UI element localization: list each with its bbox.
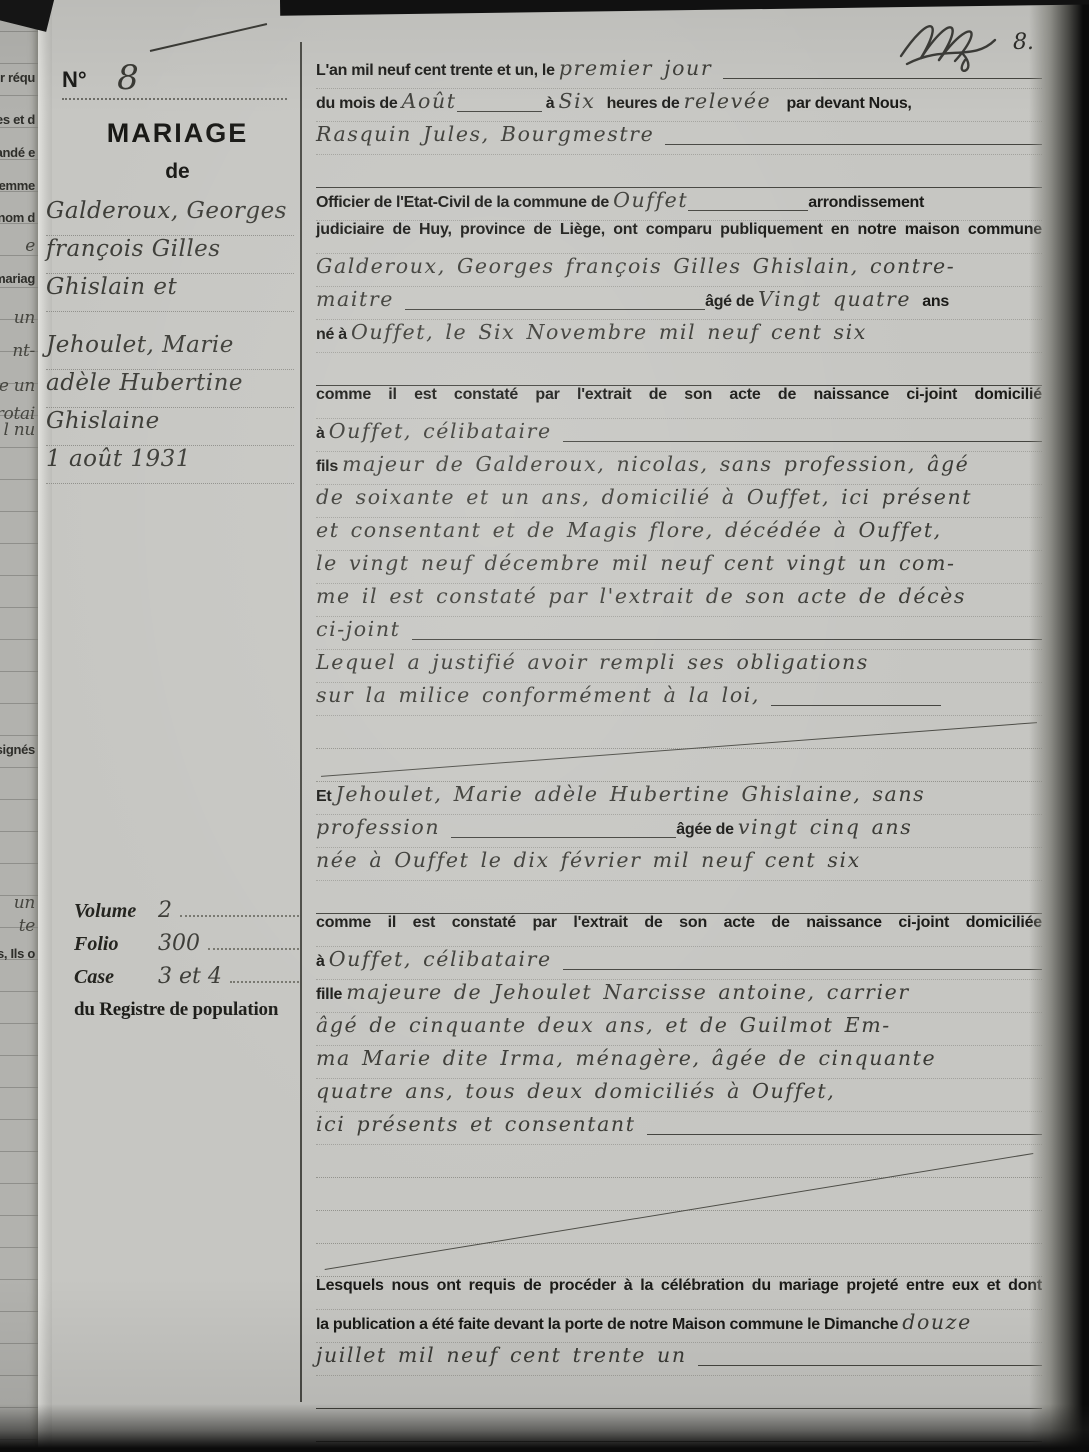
handwritten-text: ci-joint	[316, 617, 412, 641]
printed-text: âgée de	[676, 821, 738, 839]
register-row-value: 3 et 4	[158, 964, 222, 989]
printed-text: comme il est constaté par l'extrait de s…	[316, 914, 1042, 932]
register-row-label: Folio	[74, 933, 158, 956]
margin-handwritten-line: 1 août 1931	[46, 446, 294, 484]
ruled-blank-line	[316, 353, 1042, 386]
printed-text: âgé de	[705, 293, 758, 311]
margin-handwritten-line: françois Gilles	[46, 236, 294, 274]
body-line: à Ouffet, célibataire	[316, 419, 1042, 452]
body-line: L'an mil neuf cent trente et un, le prem…	[316, 56, 1042, 89]
population-register-reference: Volume2Folio300Case3 et 4 du Registre de…	[74, 898, 299, 1021]
register-row-label: Volume	[74, 900, 158, 923]
previous-page-text-fragment: mariag	[0, 271, 35, 286]
body-line: ici présents et consentant	[316, 1112, 1042, 1145]
previous-page-text-fragment: nt-	[12, 341, 35, 361]
previous-page-text-fragment: ésignés	[0, 742, 35, 757]
register-row: Case3 et 4	[74, 964, 299, 997]
previous-page-text-fragment: es et d	[0, 112, 35, 127]
margin-groom-name: Galderoux, Georgesfrançois GillesGhislai…	[46, 198, 294, 312]
handwritten-text: Galderoux, Georges françois Gilles Ghisl…	[316, 254, 955, 278]
dotted-blank-line	[316, 1145, 1042, 1178]
body-line: Et Jehoulet, Marie adèle Hubertine Ghisl…	[316, 782, 1042, 815]
handwritten-text: Six	[559, 89, 607, 113]
body-line: ma Marie dite Irma, ménagère, âgée de ci…	[316, 1046, 1042, 1079]
handwritten-text: Jehoulet, Marie adèle Hubertine Ghislain…	[336, 782, 926, 806]
printed-text: né à	[316, 326, 351, 344]
body-line: Lesquels nous ont requis de procéder à l…	[316, 1277, 1042, 1310]
fill-in-line	[405, 309, 705, 310]
printed-text: Et	[316, 788, 336, 806]
struck-blank-lines	[316, 716, 1042, 782]
body-line: la publication a été faite devant la por…	[316, 1310, 1042, 1343]
previous-page-text-fragment: demme	[0, 178, 35, 193]
margin-handwritten-line: adèle Hubertine	[46, 370, 294, 408]
printed-text: L'an mil neuf cent trente et un, le	[316, 62, 559, 80]
act-number: N° 8	[62, 56, 287, 100]
printed-text: fils	[316, 458, 342, 476]
dotted-fill	[208, 948, 299, 950]
margin-handwritten-line: Jehoulet, Marie	[46, 332, 294, 370]
act-body: L'an mil neuf cent trente et un, le prem…	[316, 56, 1042, 1442]
previous-page-edge: ur réques et dandé edemmenom demariagunn…	[0, 0, 38, 1452]
register-row-value: 300	[158, 931, 200, 956]
body-line: comme il est constaté par l'extrait de s…	[316, 914, 1042, 947]
page-bottom-edge	[0, 1404, 1089, 1452]
handwritten-text: le vingt neuf décembre mil neuf cent vin…	[316, 551, 956, 575]
fill-in-line	[451, 837, 676, 838]
body-line: né à Ouffet, le Six Novembre mil neuf ce…	[316, 320, 1042, 353]
printed-text: arrondissement	[808, 194, 924, 212]
handwritten-text: de soixante et un ans, domicilié à Ouffe…	[316, 485, 972, 509]
handwritten-text: juillet mil neuf cent trente un	[316, 1343, 698, 1367]
register-row-label: Case	[74, 966, 158, 989]
body-line: née à Ouffet le dix février mil neuf cen…	[316, 848, 1042, 881]
handwritten-text: maitre	[316, 287, 405, 311]
body-line: profession âgée de vingt cinq ans	[316, 815, 1042, 848]
page-subtitle: de	[100, 160, 255, 184]
handwritten-text: Ouffet, célibataire	[329, 947, 563, 971]
previous-page-text-fragment: nom d	[0, 210, 35, 225]
fill-in-line	[412, 639, 1042, 640]
dotted-blank-line	[316, 1244, 1042, 1277]
printed-text: à	[316, 953, 329, 971]
body-line: Galderoux, Georges françois Gilles Ghisl…	[316, 254, 1042, 287]
fill-in-line	[647, 1134, 1042, 1135]
fill-in-line	[688, 210, 808, 211]
previous-page-text-fragment: e un	[0, 376, 35, 396]
body-line: Lequel a justifié avoir rempli ses oblig…	[316, 650, 1042, 683]
handwritten-text: premier jour	[559, 56, 724, 80]
fill-in-line	[771, 705, 941, 706]
handwritten-text: Lequel a justifié avoir rempli ses oblig…	[316, 650, 869, 674]
printed-text: Officier de l'Etat-Civil de la commune d…	[316, 194, 613, 212]
body-line: le vingt neuf décembre mil neuf cent vin…	[316, 551, 1042, 584]
printed-text: comme il est constaté par l'extrait de s…	[316, 386, 1042, 404]
body-line: judiciaire de Huy, province de Liège, on…	[316, 221, 1042, 254]
body-line: quatre ans, tous deux domiciliés à Ouffe…	[316, 1079, 1042, 1112]
register-row: Volume2	[74, 898, 299, 931]
printed-text: à	[316, 425, 329, 443]
body-line: de soixante et un ans, domicilié à Ouffe…	[316, 485, 1042, 518]
body-line: comme il est constaté par l'extrait de s…	[316, 386, 1042, 419]
ruled-blank-line	[316, 155, 1042, 188]
margin-divider-rule	[300, 42, 302, 1402]
handwritten-text: Ouffet, le Six Novembre mil neuf cent si…	[351, 320, 867, 344]
printed-text: Lesquels nous ont requis de procéder à l…	[316, 1277, 1042, 1295]
handwritten-text: profession	[316, 815, 451, 839]
previous-page-text-fragment: s, Ils o	[0, 946, 35, 961]
body-line: Officier de l'Etat-Civil de la commune d…	[316, 188, 1042, 221]
dotted-blank-line	[316, 749, 1042, 782]
previous-page-text-fragment: un	[14, 308, 35, 328]
fill-in-line	[563, 441, 1042, 442]
struck-blank-lines	[316, 1145, 1042, 1277]
ruled-blank-line	[316, 881, 1042, 914]
printed-text: fille	[316, 986, 346, 1004]
margin-handwritten-line: Ghislain et	[46, 274, 294, 312]
handwritten-text: ici présents et consentant	[316, 1112, 647, 1136]
body-line: à Ouffet, célibataire	[316, 947, 1042, 980]
handwritten-text: Août	[402, 89, 457, 113]
handwritten-text: relevée	[684, 89, 783, 113]
previous-page-text-fragment: l nu	[3, 420, 35, 440]
register-footer: du Registre de population	[74, 999, 299, 1021]
dotted-fill	[180, 915, 299, 917]
printed-text: la publication a été faite devant la por…	[316, 1316, 902, 1334]
handwritten-text: Ouffet, célibataire	[329, 419, 563, 443]
margin-handwritten-line: Galderoux, Georges	[46, 198, 294, 236]
handwritten-text: douze	[902, 1310, 972, 1334]
handwritten-text: et consentant et de Magis flore, décédée…	[316, 518, 942, 542]
body-line: fils majeur de Galderoux, nicolas, sans …	[316, 452, 1042, 485]
previous-page-text-fragment: ur réqu	[0, 70, 35, 85]
body-line: et consentant et de Magis flore, décédée…	[316, 518, 1042, 551]
dotted-blank-line	[316, 1178, 1042, 1211]
handwritten-text: sur la milice conformément à la loi,	[316, 683, 771, 707]
number-value: 8	[117, 58, 139, 98]
previous-page-text-fragment: e	[25, 236, 35, 256]
previous-page-text-fragment: un	[14, 893, 35, 913]
previous-page-text-fragment: andé e	[0, 145, 35, 160]
printed-text: à	[542, 95, 559, 113]
handwritten-text: majeur de Galderoux, nicolas, sans profe…	[342, 452, 969, 476]
handwritten-text: âgé de cinquante deux ans, et de Guilmot…	[316, 1013, 891, 1037]
handwritten-text: Vingt quatre	[758, 287, 922, 311]
pen-flourish	[150, 23, 267, 52]
body-line: me il est constaté par l'extrait de son …	[316, 584, 1042, 617]
page-right-edge	[1029, 0, 1089, 1452]
handwritten-text: Rasquin Jules, Bourgmestre	[316, 122, 665, 146]
previous-page-text-fragment: te	[19, 916, 35, 936]
fill-in-line	[457, 111, 542, 112]
body-line: maitre âgé de Vingt quatre ans	[316, 287, 1042, 320]
body-line: du mois de Août à Six heures de relevée …	[316, 89, 1042, 122]
handwritten-text: vingt cinq ans	[738, 815, 912, 839]
dotted-blank-line	[316, 716, 1042, 749]
printed-text: par devant Nous,	[782, 95, 911, 113]
handwritten-text: majeure de Jehoulet Narcisse antoine, ca…	[346, 980, 910, 1004]
printed-text: ans	[922, 293, 949, 311]
register-row: Folio300	[74, 931, 299, 964]
dotted-fill	[230, 981, 299, 983]
body-line: juillet mil neuf cent trente un	[316, 1343, 1042, 1376]
fill-in-line	[723, 78, 1042, 79]
fill-in-line	[563, 969, 1042, 970]
fill-in-line	[665, 144, 1042, 145]
printed-text: du mois de	[316, 95, 402, 113]
page-title: MARIAGE	[100, 118, 255, 149]
body-line: ci-joint	[316, 617, 1042, 650]
handwritten-text: Ouffet	[613, 188, 688, 212]
handwritten-text: née à Ouffet le dix février mil neuf cen…	[316, 848, 861, 872]
margin-bride-name: Jehoulet, Marieadèle HubertineGhislaine1…	[46, 332, 294, 484]
handwritten-text: me il est constaté par l'extrait de son …	[316, 584, 966, 608]
body-line: âgé de cinquante deux ans, et de Guilmot…	[316, 1013, 1042, 1046]
body-line: fille majeure de Jehoulet Narcisse antoi…	[316, 980, 1042, 1013]
handwritten-text: quatre ans, tous deux domiciliés à Ouffe…	[316, 1079, 835, 1103]
fill-in-line	[698, 1365, 1042, 1366]
printed-text: judiciaire de Huy, province de Liège, on…	[316, 221, 1042, 239]
body-line: sur la milice conformément à la loi,	[316, 683, 1042, 716]
dotted-blank-line	[316, 1211, 1042, 1244]
register-scan: ur réques et dandé edemmenom demariagunn…	[0, 0, 1089, 1452]
printed-text: heures de	[607, 95, 684, 113]
margin-handwritten-line: Ghislaine	[46, 408, 294, 446]
handwritten-text: ma Marie dite Irma, ménagère, âgée de ci…	[316, 1046, 936, 1070]
number-label: N°	[62, 67, 87, 92]
body-line: Rasquin Jules, Bourgmestre	[316, 122, 1042, 155]
register-row-value: 2	[158, 898, 172, 923]
